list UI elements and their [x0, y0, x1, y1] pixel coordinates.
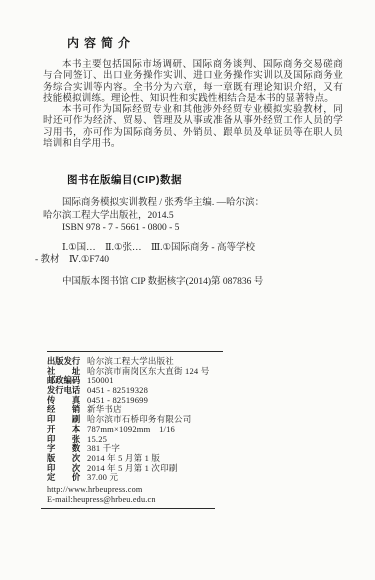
cip-classification-line-2: - 教材 Ⅳ.①F740 — [35, 254, 343, 267]
cip-publisher-line: 哈尔滨工程大学出版社，2014.5 — [43, 210, 343, 223]
content-summary-heading: 内容简介 — [67, 34, 343, 51]
cip-data-section: 图书在版编目(CIP)数据 国际商务模拟实训教程 / 张秀华主编. —哈尔滨： … — [43, 172, 343, 289]
cip-heading: 图书在版编目(CIP)数据 — [67, 172, 343, 187]
colophon-section: 出版发行 哈尔滨工程大学出版社 社 址 哈尔滨市南岗区东大直街 124 号 邮政… — [47, 351, 317, 509]
colophon-label: 定 价 — [47, 473, 81, 483]
publisher-email: E-mail:heupress@hrbeu.edu.cn — [47, 495, 317, 505]
top-divider — [47, 351, 223, 352]
cip-title-line: 国际商务模拟实训教程 / 张秀华主编. —哈尔滨： — [43, 197, 343, 210]
colophon-row-price: 定 价 37.00 元 — [47, 473, 317, 483]
book-copyright-page: 内容简介 本书主要包括国际市场调研、国际商务谈判、国际商务交易磋商与合同签订、出… — [0, 0, 375, 580]
publisher-website: http://www.hrbeupress.com — [47, 485, 317, 495]
cip-classification-line-1: Ⅰ.①国… Ⅱ.①张… Ⅲ.①国际商务 - 高等学校 — [43, 242, 343, 255]
colophon-value: 37.00 元 — [87, 473, 118, 483]
cip-isbn-line: ISBN 978 - 7 - 5661 - 0800 - 5 — [43, 222, 343, 235]
cip-registry-line: 中国版本图书馆 CIP 数据核字(2014)第 087836 号 — [43, 276, 343, 289]
summary-paragraph-2: 本书可作为国际经贸专业和其他涉外经贸专业模拟实验教材，同时还可作为经济、贸易、管… — [43, 105, 343, 150]
content-summary-section: 内容简介 本书主要包括国际市场调研、国际商务谈判、国际商务交易磋商与合同签订、出… — [43, 34, 343, 150]
bottom-divider — [41, 508, 215, 509]
summary-paragraph-1: 本书主要包括国际市场调研、国际商务谈判、国际商务交易磋商与合同签订、出口业务操作… — [43, 60, 343, 105]
